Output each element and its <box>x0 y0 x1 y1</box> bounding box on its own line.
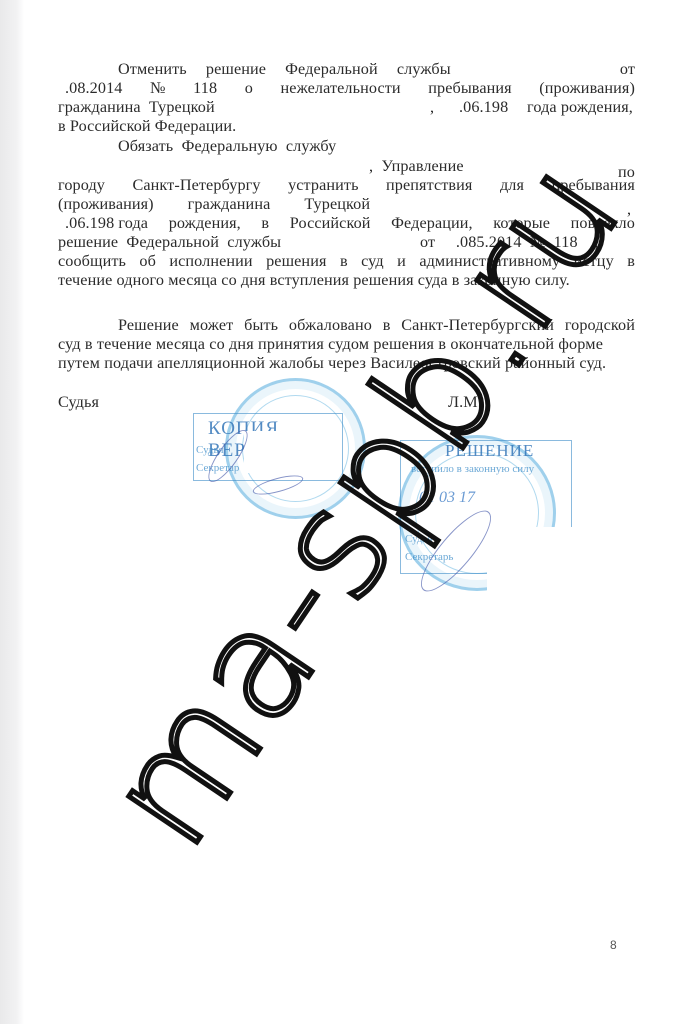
paragraph-2-line-6-left: решение Федеральной службы <box>58 233 281 251</box>
word: Федеральной <box>285 60 378 78</box>
word: суд <box>361 252 384 270</box>
word: Санкт-Петербургу <box>132 176 260 194</box>
word: о <box>245 79 253 97</box>
paragraph-1-line-2: .08.2014 № 118 о нежелательности пребыва… <box>65 79 635 97</box>
word: пребывания <box>428 79 511 97</box>
word: решение <box>206 60 266 78</box>
paragraph-2-line-1: Обязать Федеральную службу <box>118 137 336 155</box>
redaction-block <box>487 527 579 597</box>
page-number: 8 <box>610 938 617 952</box>
judge-title: Судья <box>58 393 99 411</box>
word: городу <box>58 176 105 194</box>
word: в <box>340 252 348 270</box>
word: от <box>620 60 635 78</box>
word: Турецкой <box>304 195 370 213</box>
word: и <box>397 252 406 270</box>
word: устранить <box>288 176 359 194</box>
word: .06.198 года <box>65 214 148 232</box>
word: сообщить <box>58 252 126 270</box>
paragraph-1-line-1: Отменить решение Федеральной службы от <box>118 60 635 78</box>
word: Российской <box>290 214 371 232</box>
birth-date-partial: .06.198 <box>459 98 508 116</box>
word: Решение <box>118 316 179 334</box>
word: исполнении <box>169 252 252 270</box>
word: быть <box>244 316 278 334</box>
paragraph-1-line-4: в Российской Федерации. <box>58 117 236 135</box>
word: (проживания) <box>58 195 154 213</box>
paragraph-2-line-2-mid: , Управление <box>369 157 464 175</box>
paragraph-1-line-3-left: гражданина Турецкой <box>58 98 215 116</box>
word: № <box>150 79 166 97</box>
document-page: Отменить решение Федеральной службы от .… <box>0 0 676 1024</box>
word: может <box>190 316 234 334</box>
paragraph-1-line-3-right: года рождения, <box>527 98 633 116</box>
word: Отменить <box>118 60 187 78</box>
word: гражданина <box>188 195 271 213</box>
word: .08.2014 <box>65 79 122 97</box>
word: обжаловано <box>289 316 372 334</box>
word: препятствия <box>386 176 472 194</box>
word: службы <box>397 60 451 78</box>
word: об <box>139 252 156 270</box>
word: рождения, <box>169 214 241 232</box>
word: в <box>261 214 269 232</box>
word: 118 <box>193 79 217 97</box>
word: решения <box>266 252 326 270</box>
paragraph-2-line-4: (проживания) гражданина Турецкой <box>58 195 370 213</box>
paragraph-1-line-3-comma: , <box>430 98 434 116</box>
word: нежелательности <box>281 79 401 97</box>
word: (проживания) <box>539 79 635 97</box>
